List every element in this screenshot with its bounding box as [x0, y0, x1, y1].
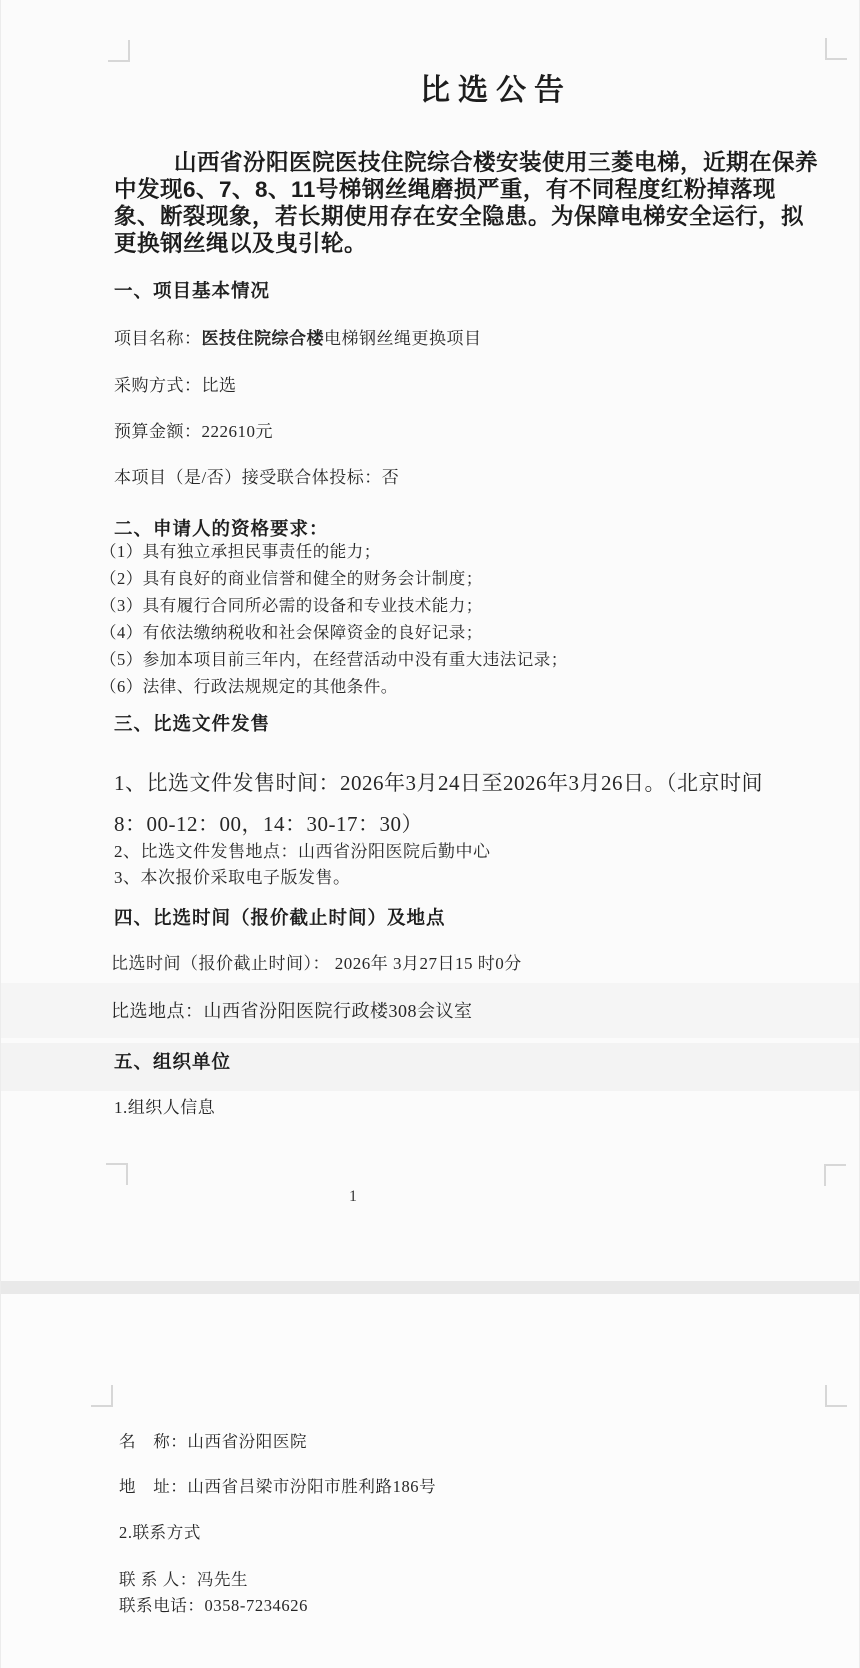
qualification-item: （4）有依法缴纳税收和社会保障资金的良好记录； — [100, 623, 483, 644]
project-name-rest: 电梯钢丝绳更换项目 — [324, 329, 482, 348]
bid-time-line: 比选时间（报价截止时间）： 2026年 3月27日15 时0分 — [111, 953, 522, 974]
page-number: 1 — [349, 1187, 357, 1207]
qualification-item: （1）具有独立承担民事责任的能力； — [100, 542, 381, 563]
section3-heading: 三、比选文件发售 — [114, 712, 270, 735]
sale-place-line: 2、比选文件发售地点：山西省汾阳医院后勤中心 — [114, 841, 491, 862]
section4-heading: 四、比选时间（报价截止时间）及地点 — [114, 906, 446, 929]
margin-corner-mark-top-right — [825, 38, 847, 60]
contact-section-heading: 2.联系方式 — [119, 1523, 201, 1544]
contact-phone-line: 联系电话：0358-7234626 — [119, 1596, 308, 1617]
section5-heading: 五、组织单位 — [114, 1050, 231, 1073]
budget-line: 预算金额：222610元 — [114, 421, 273, 442]
sale-time-line1: 1、比选文件发售时间：2026年3月24日至2026年3月26日。（北京时间 — [114, 770, 763, 796]
organizer-address-line: 地 址：山西省吕梁市汾阳市胜利路186号 — [119, 1477, 436, 1498]
qualification-item: （3）具有履行合同所必需的设备和专业技术能力； — [100, 596, 483, 617]
intro-line: 山西省汾阳医院医技住院综合楼安装使用三菱电梯，近期在保养 — [114, 149, 818, 176]
project-name-line: 项目名称：医技住院综合楼电梯钢丝绳更换项目 — [114, 328, 482, 349]
margin-corner-mark-bottom-right — [824, 1164, 846, 1186]
organizer-name-line: 名 称：山西省汾阳医院 — [119, 1432, 307, 1453]
intro-line: 中发现6、7、8、11号梯钢丝绳磨损严重，有不同程度红粉掉落现 — [114, 176, 776, 203]
page-separator — [1, 1281, 859, 1294]
sale-format-line: 3、本次报价采取电子版发售。 — [114, 867, 351, 888]
consortium-line: 本项目（是/否）接受联合体投标：否 — [114, 467, 399, 488]
organizer-info-line: 1.组织人信息 — [114, 1097, 215, 1118]
project-name-label: 项目名称： — [114, 329, 202, 348]
margin-corner-mark-bottom-left — [106, 1163, 128, 1185]
qualification-item: （5）参加本项目前三年内，在经营活动中没有重大违法记录； — [100, 650, 568, 671]
intro-line: 更换钢丝绳以及曳引轮。 — [114, 230, 367, 257]
section2-heading: 二、申请人的资格要求： — [114, 517, 329, 540]
margin-corner-mark-top-left — [108, 40, 130, 62]
document-viewer: 比选公告 山西省汾阳医院医技住院综合楼安装使用三菱电梯，近期在保养 中发现6、7… — [0, 0, 860, 1668]
intro-line: 象、断裂现象，若长期使用存在安全隐患。为保障电梯安全运行，拟 — [114, 203, 804, 230]
project-name-bold: 医技住院综合楼 — [202, 329, 325, 348]
sale-time-line2: 8：00-12：00，14：30-17：30） — [114, 811, 423, 837]
section1-heading: 一、项目基本情况 — [114, 279, 270, 302]
contact-person-line: 联 系 人：冯先生 — [119, 1570, 248, 1591]
qualification-item: （2）具有良好的商业信誉和健全的财务会计制度； — [100, 569, 483, 590]
margin-corner-mark-top-right — [825, 1385, 847, 1407]
margin-corner-mark-top-left — [91, 1385, 113, 1407]
procurement-method-line: 采购方式：比选 — [114, 375, 237, 396]
qualification-item: （6）法律、行政法规规定的其他条件。 — [100, 677, 398, 698]
document-title: 比选公告 — [420, 72, 572, 110]
bid-place-line: 比选地点：山西省汾阳医院行政楼308会议室 — [111, 1000, 473, 1023]
